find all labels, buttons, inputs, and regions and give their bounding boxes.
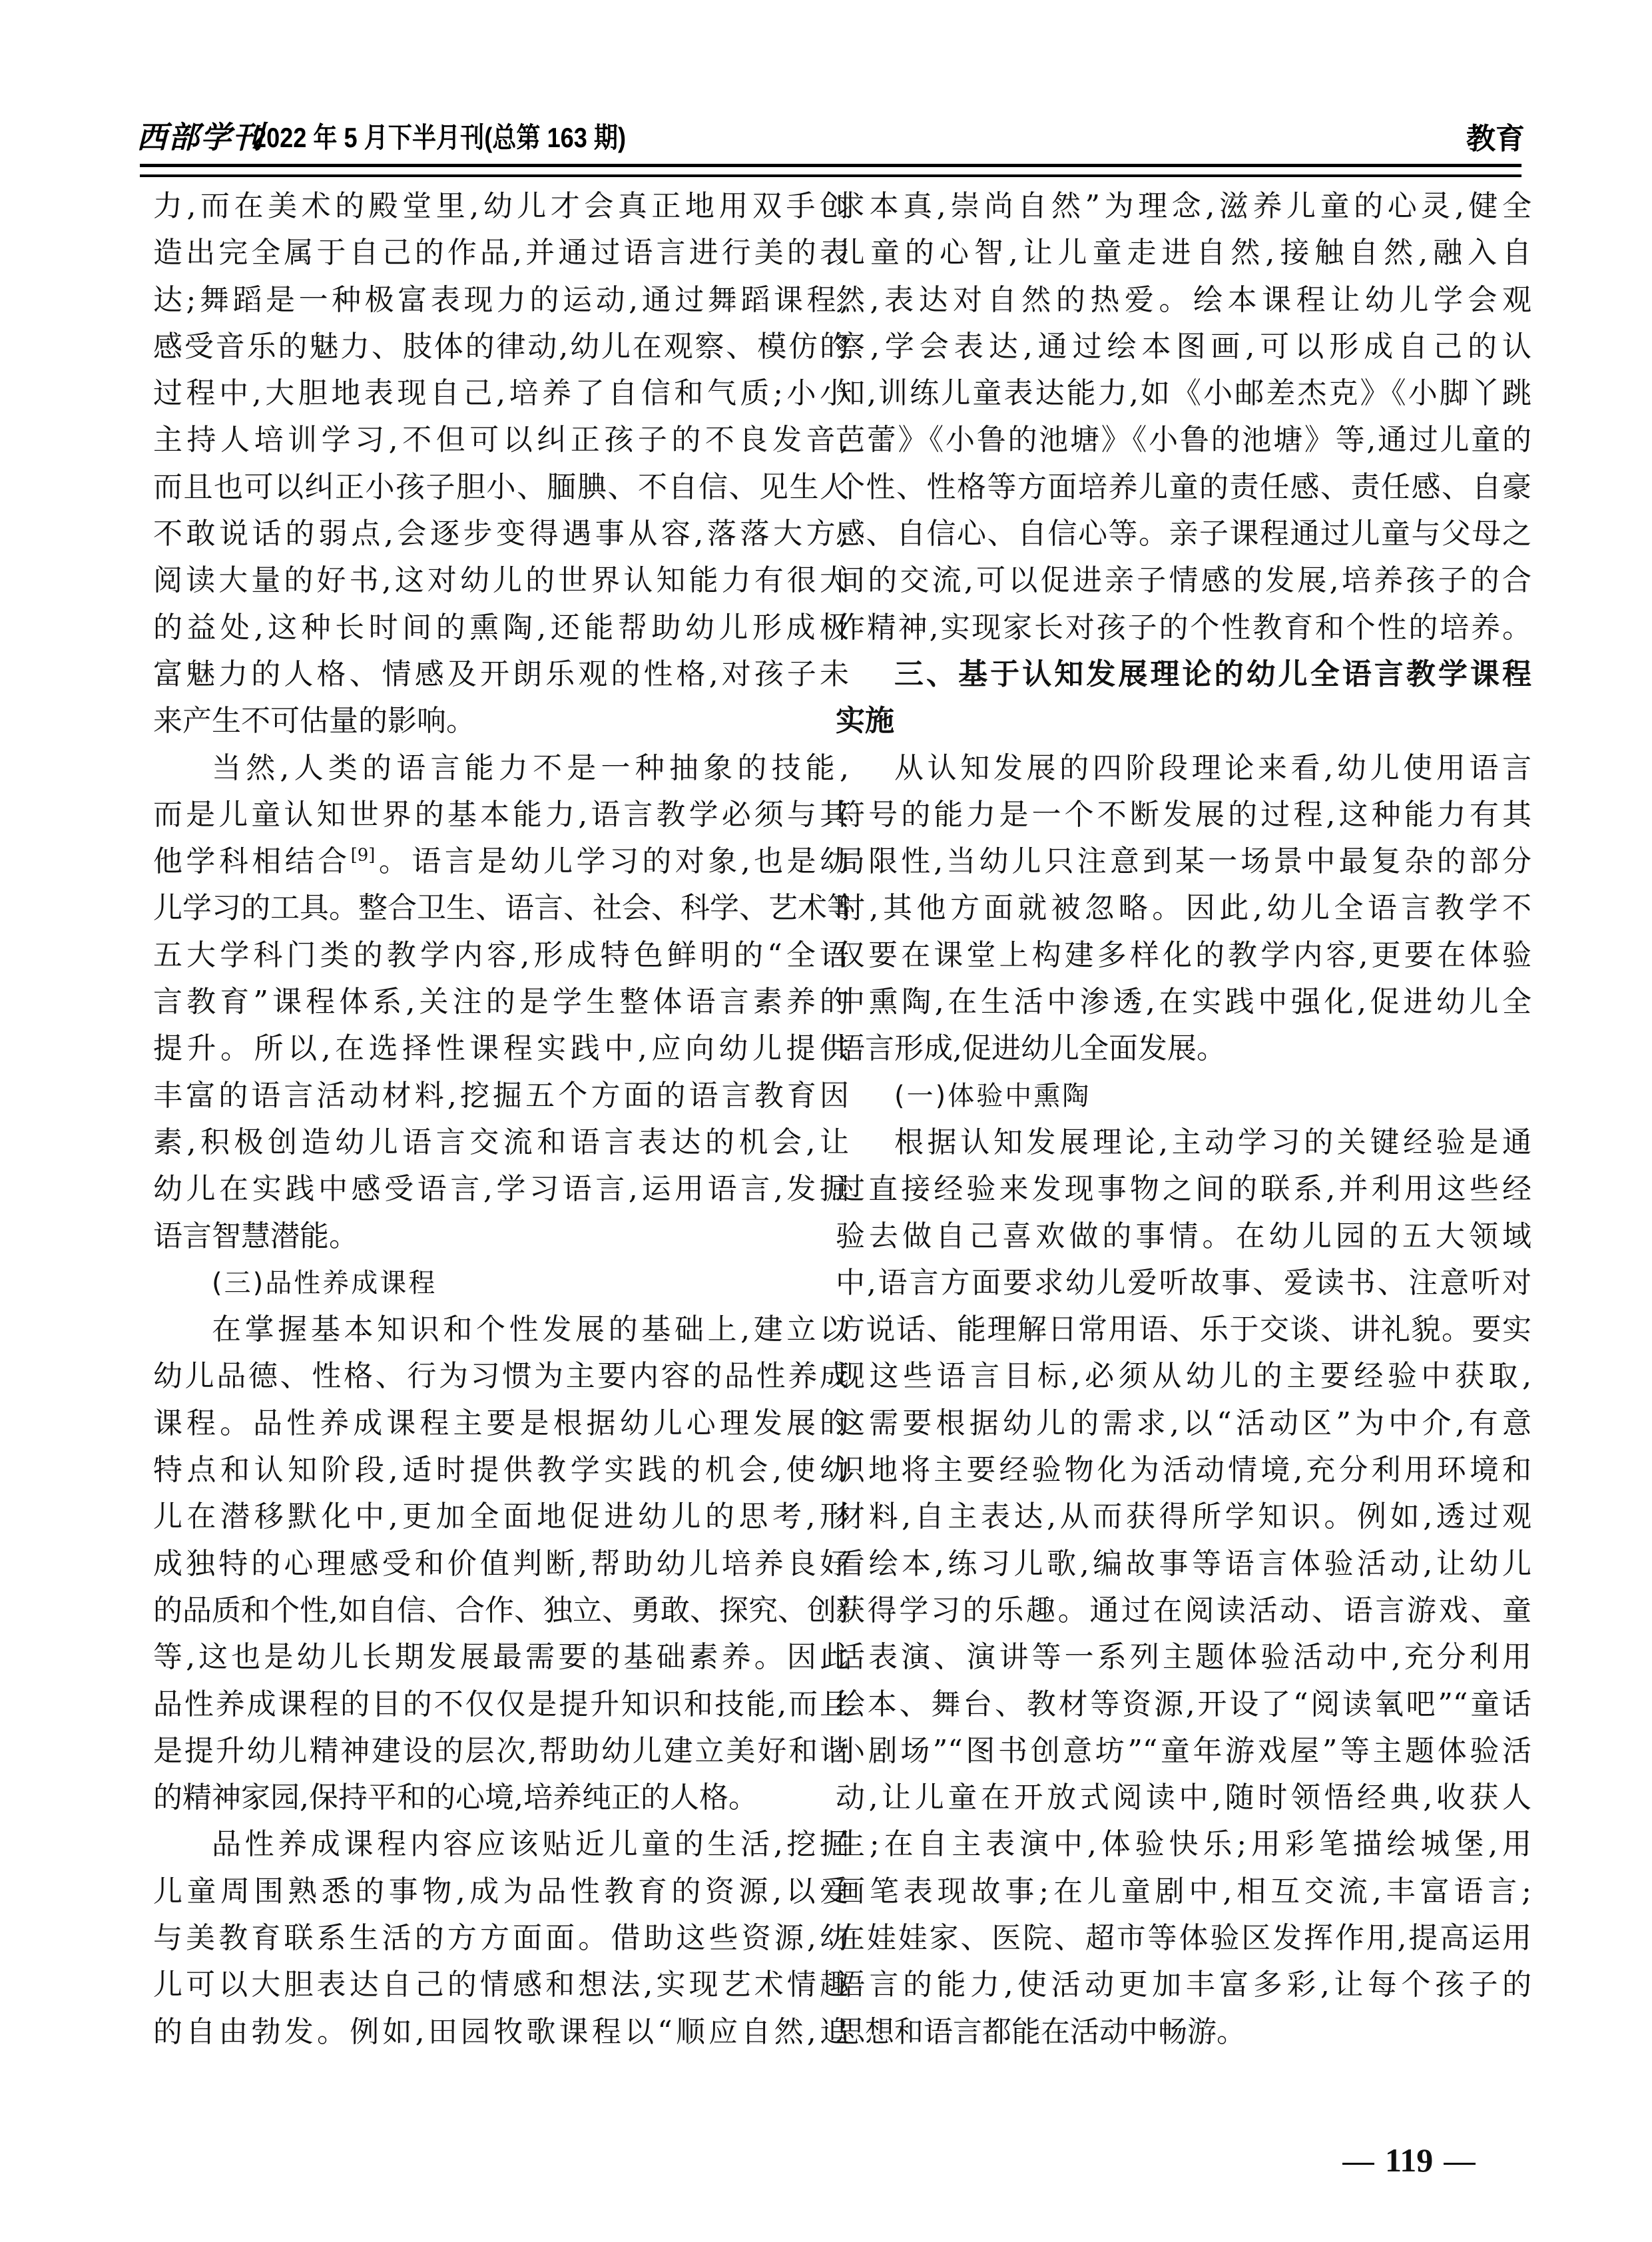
footer-dash-right [1444, 2163, 1476, 2165]
paragraph-line: 绘本、舞台、教材等资源,开设了“阅读氧吧”“童话 [836, 1681, 1531, 1728]
paragraph-line: 儿童的心智,让儿童走进自然,接触自然,融入自 [836, 230, 1531, 276]
page-number: 119 [1385, 2141, 1433, 2179]
paragraph-line: 这需要根据幼儿的需求,以“活动区”为中介,有意 [836, 1400, 1531, 1447]
paragraph-line: 丰富的语言活动材料,挖掘五个方面的语言教育因 [153, 1073, 849, 1119]
paragraph-first-line: 品性养成课程内容应该贴近儿童的生活,挖掘 [153, 1821, 849, 1868]
paragraph-line: 现这些语言目标,必须从幼儿的主要经验中获取, [836, 1353, 1531, 1400]
paragraph-line: 他学科相结合[9]。语言是幼儿学习的对象,也是幼 [153, 838, 849, 885]
paragraph-line: 察,学会表达,通过绘本图画,可以形成自己的认 [836, 324, 1531, 370]
paragraph-first-line: 当然,人类的语言能力不是一种抽象的技能, [153, 745, 849, 792]
paragraph-line: 言教育”课程体系,关注的是学生整体语言素养的 [153, 979, 849, 1025]
paragraph-line: 的品质和个性,如自信、合作、独立、勇敢、探究、创新 [153, 1587, 849, 1634]
issue-info: 2022 年 5 月下半月刊(总第 163 期) [253, 116, 626, 156]
paragraph-line: 符号的能力是一个不断发展的过程,这种能力有其 [836, 792, 1531, 838]
header-rule-thin [140, 174, 1521, 177]
paragraph-line: 方说话、能理解日常用语、乐于交谈、讲礼貌。要实 [836, 1306, 1531, 1353]
paragraph-line: 来产生不可估量的影响。 [153, 698, 849, 744]
paragraph-line: 富魅力的人格、情感及开朗乐观的性格,对孩子未 [153, 651, 849, 698]
paragraph-line: 看绘本,练习儿歌,编故事等语言体验活动,让幼儿 [836, 1541, 1531, 1587]
paragraph-line: 间的交流,可以促进亲子情感的发展,培养孩子的合 [836, 557, 1531, 604]
page-footer: 119 [1332, 2141, 1486, 2179]
paragraph-line: 语言的能力,使活动更加丰富多彩,让每个孩子的 [836, 1962, 1531, 2008]
paragraph-first-line: 根据认知发展理论,主动学习的关键经验是通 [836, 1119, 1531, 1166]
paragraph-line: 等,这也是幼儿长期发展最需要的基础素养。因此 [153, 1634, 849, 1681]
paragraph-line: 画笔表现故事;在儿童剧中,相互交流,丰富语言; [836, 1868, 1531, 1915]
section-label: 教育 [1466, 115, 1525, 157]
paragraph-line: 儿在潜移默化中,更加全面地促进幼儿的思考,形 [153, 1494, 849, 1540]
left-text-column: 力,而在美术的殿堂里,幼儿才会真正地用双手创造出完全属于自己的作品,并通过语言进… [153, 183, 849, 2056]
paragraph-first-line: 从认知发展的四阶段理论来看,幼儿使用语言 [836, 745, 1531, 792]
paragraph-line: 儿学习的工具。整合卫生、语言、社会、科学、艺术等 [153, 885, 849, 932]
right-text-column: 求本真,崇尚自然”为理念,滋养儿童的心灵,健全儿童的心智,让儿童走进自然,接触自… [836, 183, 1531, 2056]
paragraph-line: 过程中,大胆地表现自己,培养了自信和气质;小小 [153, 370, 849, 417]
paragraph-line: 达;舞蹈是一种极富表现力的运动,通过舞蹈课程, [153, 277, 849, 324]
paragraph-first-line: 在掌握基本知识和个性发展的基础上,建立以 [153, 1306, 849, 1353]
paragraph-line: 识地将主要经验物化为活动情境,充分利用环境和 [836, 1447, 1531, 1494]
paragraph-line: 主持人培训学习,不但可以纠正孩子的不良发音, [153, 417, 849, 463]
paragraph-line: 过直接经验来发现事物之间的联系,并利用这些经 [836, 1166, 1531, 1213]
paragraph-line: 五大学科门类的教学内容,形成特色鲜明的“全语 [153, 932, 849, 979]
paragraph-line: 知,训练儿童表达能力,如《小邮差杰克》《小脚丫跳 [836, 370, 1531, 417]
paragraph-line: 在娃娃家、医院、超市等体验区发挥作用,提高运用 [836, 1915, 1531, 1962]
paragraph-line: 特点和认知阶段,适时提供教学实践的机会,使幼 [153, 1447, 849, 1494]
paragraph-line: 然,表达对自然的热爱。绘本课程让幼儿学会观 [836, 277, 1531, 324]
paragraph-line: 造出完全属于自己的作品,并通过语言进行美的表 [153, 230, 849, 276]
paragraph-line: 而且也可以纠正小孩子胆小、腼腆、不自信、见生人 [153, 464, 849, 511]
paragraph-line: 而是儿童认知世界的基本能力,语言教学必须与其 [153, 792, 849, 838]
paragraph-line: 的自由勃发。例如,田园牧歌课程以“顺应自然,追 [153, 2009, 849, 2056]
running-header: 西部学刊 2022 年 5 月下半月刊(总第 163 期) 教育 [137, 113, 1525, 160]
paragraph-line: 不敢说话的弱点,会逐步变得遇事从容,落落大方; [153, 511, 849, 557]
paragraph-line: 语言智慧潜能。 [153, 1213, 849, 1260]
paragraph-line: 感、自信心、自信心等。亲子课程通过儿童与父母之 [836, 511, 1531, 557]
paragraph-line: 阅读大量的好书,这对幼儿的世界认知能力有很大 [153, 557, 849, 604]
paragraph-line: 力,而在美术的殿堂里,幼儿才会真正地用双手创 [153, 183, 849, 230]
paragraph-line: 作精神,实现家长对孩子的个性教育和个性的培养。 [836, 605, 1531, 651]
paragraph-line: 课程。品性养成课程主要是根据幼儿心理发展的 [153, 1400, 849, 1447]
paragraph-line: 仅要在课堂上构建多样化的教学内容,更要在体验 [836, 932, 1531, 979]
paragraph-line: 儿可以大胆表达自己的情感和想法,实现艺术情趣 [153, 1962, 849, 2008]
paragraph-line: 获得学习的乐趣。通过在阅读活动、语言游戏、童 [836, 1587, 1531, 1634]
journal-logo: 西部学刊 [137, 113, 264, 157]
paragraph-line: 材料,自主表达,从而获得所学知识。例如,透过观 [836, 1494, 1531, 1540]
paragraph-line: 小剧场”“图书创意坊”“童年游戏屋”等主题体验活 [836, 1728, 1531, 1775]
paragraph-line: 儿童周围熟悉的事物,成为品性教育的资源,以爱 [153, 1868, 849, 1915]
subsection-heading: (一)体验中熏陶 [836, 1073, 1531, 1119]
subsection-heading: (三)品性养成课程 [153, 1260, 849, 1306]
paragraph-line: 求本真,崇尚自然”为理念,滋养儿童的心灵,健全 [836, 183, 1531, 230]
paragraph-line: 生;在自主表演中,体验快乐;用彩笔描绘城堡,用 [836, 1821, 1531, 1868]
paragraph-line: 时,其他方面就被忽略。因此,幼儿全语言教学不 [836, 885, 1531, 932]
paragraph-line: 感受音乐的魅力、肢体的律动,幼儿在观察、模仿的 [153, 324, 849, 370]
paragraph-line: 与美教育联系生活的方方面面。借助这些资源,幼 [153, 1915, 849, 1962]
section-heading: 三、基于认知发展理论的幼儿全语言教学课程 [836, 651, 1531, 698]
paragraph-line: 动,让儿童在开放式阅读中,随时领悟经典,收获人 [836, 1775, 1531, 1821]
paragraph-line: 幼儿在实践中感受语言,学习语言,运用语言,发掘 [153, 1166, 849, 1213]
paragraph-line: 是提升幼儿精神建设的层次,帮助幼儿建立美好和谐 [153, 1728, 849, 1775]
paragraph-line: 中熏陶,在生活中渗透,在实践中强化,促进幼儿全 [836, 979, 1531, 1025]
paragraph-line: 个性、性格等方面培养儿童的责任感、责任感、自豪 [836, 464, 1531, 511]
header-rule-thick [140, 164, 1521, 167]
paragraph-line: 的益处,这种长时间的熏陶,还能帮助幼儿形成极 [153, 605, 849, 651]
citation-reference: [9] [351, 846, 376, 866]
paragraph-line: 语言形成,促进幼儿全面发展。 [836, 1025, 1531, 1072]
paragraph-line: 芭蕾》《小鲁的池塘》《小鲁的池塘》等,通过儿童的 [836, 417, 1531, 463]
paragraph-line: 思想和语言都能在活动中畅游。 [836, 2009, 1531, 2056]
paragraph-line: 提升。所以,在选择性课程实践中,应向幼儿提供 [153, 1025, 849, 1072]
paragraph-line: 幼儿品德、性格、行为习惯为主要内容的品性养成 [153, 1353, 849, 1400]
section-heading: 实施 [836, 698, 1531, 744]
footer-dash-left [1342, 2163, 1374, 2165]
paragraph-line: 成独特的心理感受和价值判断,帮助幼儿培养良好 [153, 1541, 849, 1587]
paragraph-line: 素,积极创造幼儿语言交流和语言表达的机会,让 [153, 1119, 849, 1166]
paragraph-line: 局限性,当幼儿只注意到某一场景中最复杂的部分 [836, 838, 1531, 885]
paragraph-line: 品性养成课程的目的不仅仅是提升知识和技能,而且 [153, 1681, 849, 1728]
paragraph-line: 验去做自己喜欢做的事情。在幼儿园的五大领域 [836, 1213, 1531, 1260]
paragraph-line: 的精神家园,保持平和的心境,培养纯正的人格。 [153, 1775, 849, 1821]
paragraph-line: 话表演、演讲等一系列主题体验活动中,充分利用 [836, 1634, 1531, 1681]
paragraph-line: 中,语言方面要求幼儿爱听故事、爱读书、注意听对 [836, 1260, 1531, 1306]
